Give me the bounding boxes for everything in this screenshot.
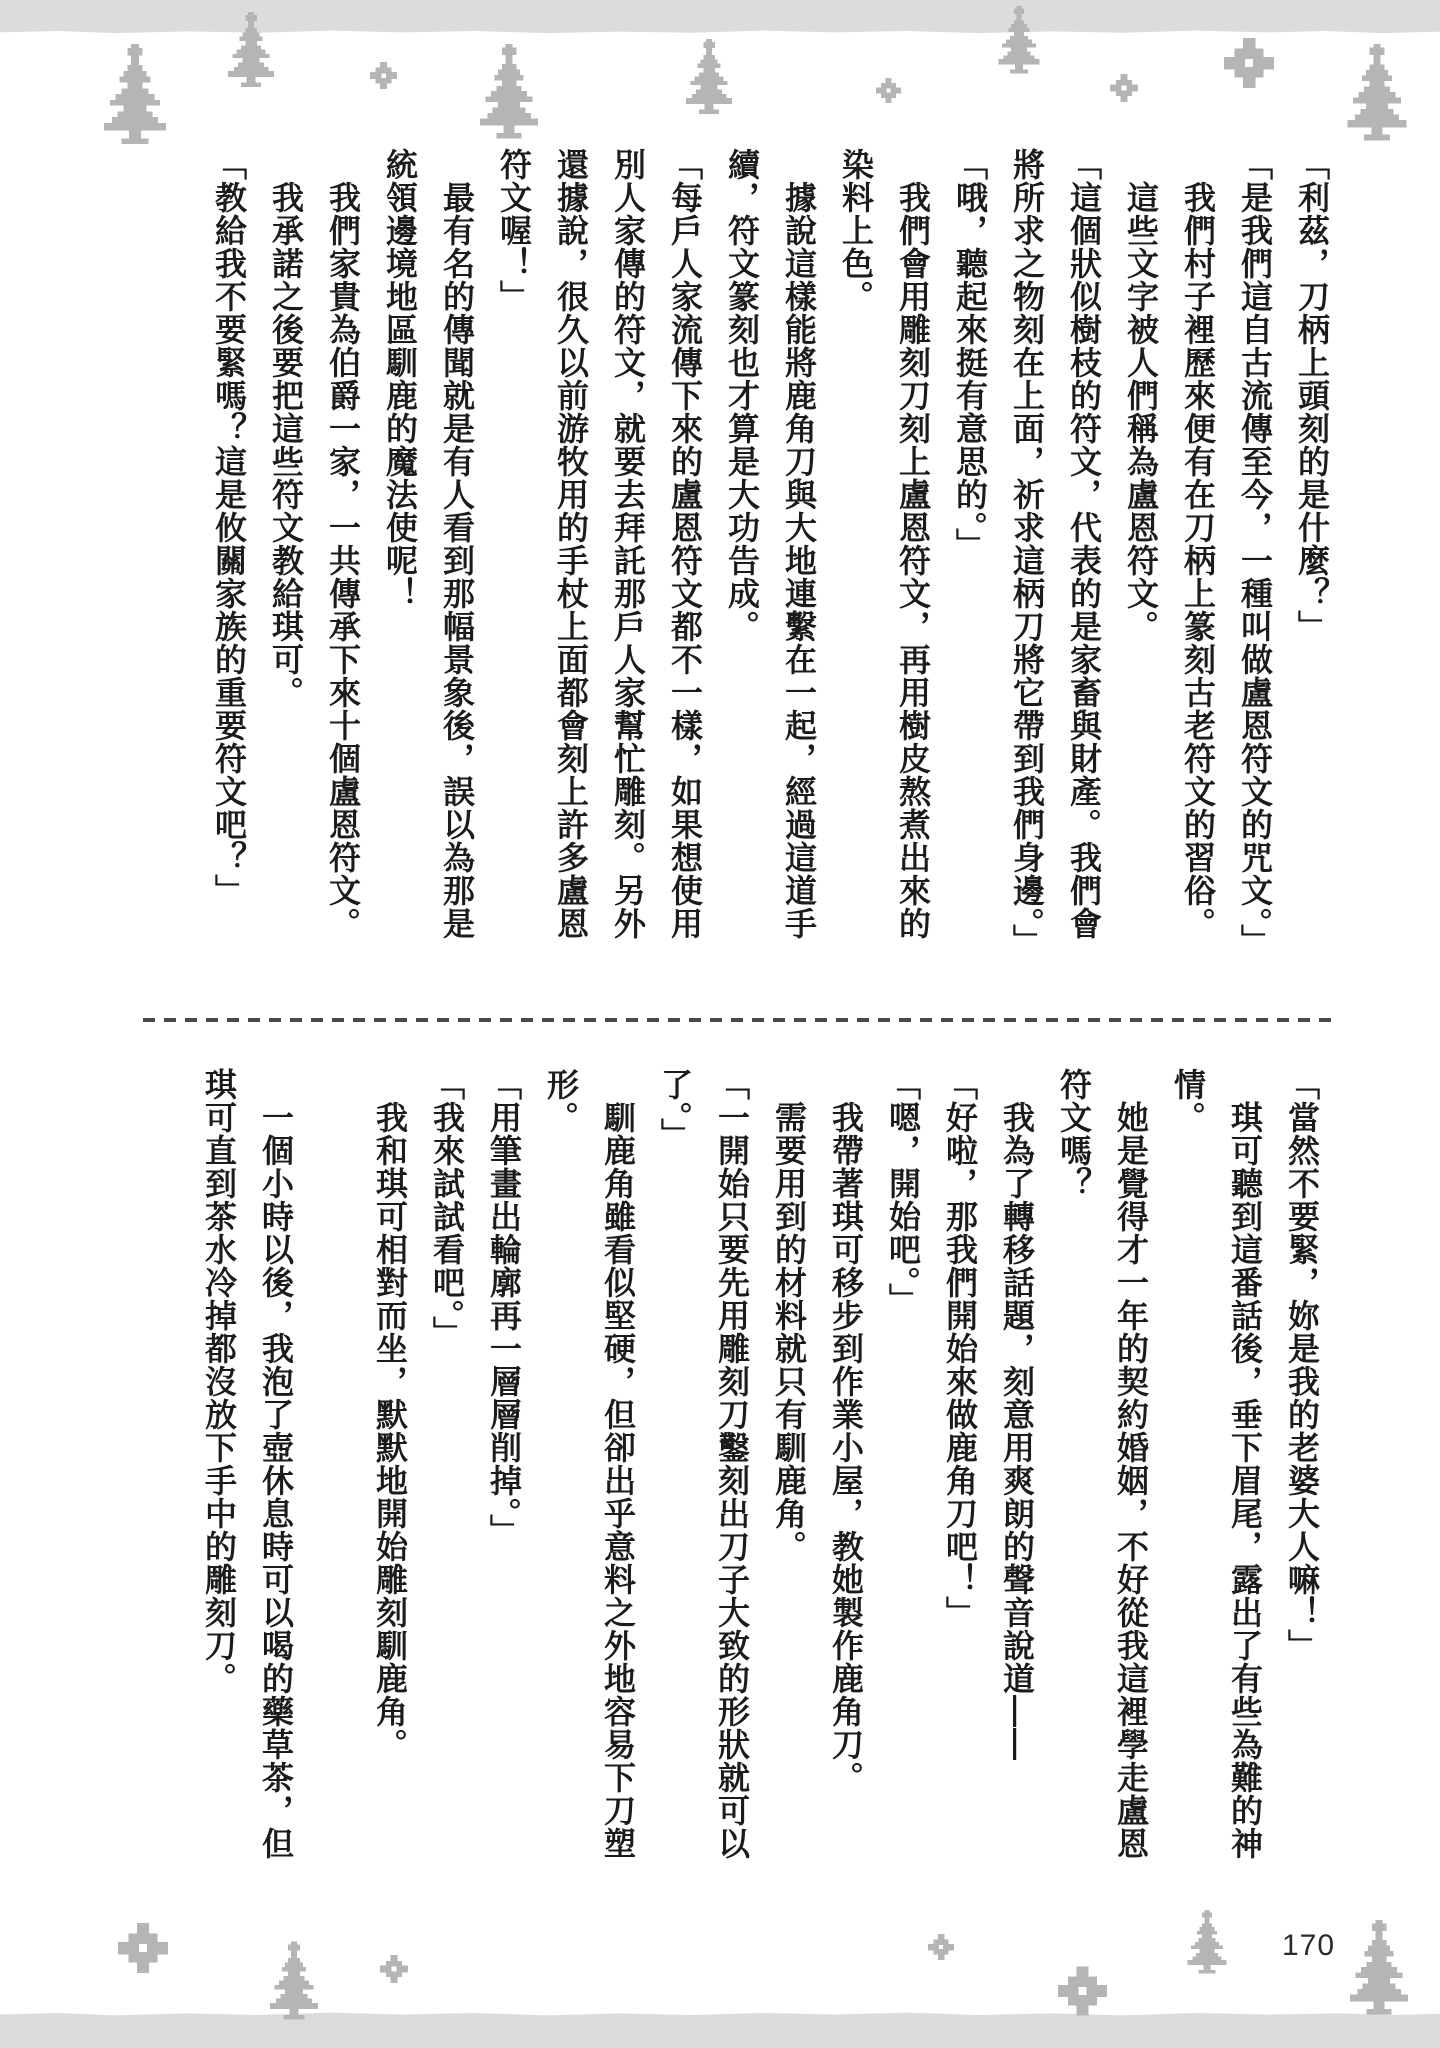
- text-column: 我帶著琪可移步到作業小屋，教她製作鹿角刀。: [817, 1068, 874, 1998]
- text-column: 符文嗎？: [1045, 1068, 1102, 1998]
- text-column: 「嗯，開始吧。」: [874, 1068, 931, 1998]
- text-column: 別人家傳的符文，就要去拜託那戶人家幫忙雕刻。另外: [599, 148, 656, 1018]
- top-text-section: 「利茲，刀柄上頭刻的是什麼？」「是我們這自古流傳至今，一種叫做盧恩符文的咒文。」…: [200, 148, 1340, 1018]
- text-column: 符文喔！」: [485, 148, 542, 1018]
- snowflake-icon: [1110, 74, 1138, 102]
- text-column: 據說這樣能將鹿角刀與大地連繫在一起，經過這道手: [770, 148, 827, 1018]
- text-column: 「我來試試看吧。」: [418, 1068, 475, 1998]
- snowflake-icon: [1224, 38, 1274, 88]
- text-column: [304, 1068, 361, 1998]
- text-column: 琪可聽到這番話後，垂下眉尾，露出了有些為難的神: [1216, 1068, 1273, 1998]
- pixel-tree-icon: [228, 12, 274, 90]
- text-column: 需要用到的材料就只有馴鹿角。: [760, 1068, 817, 1998]
- text-column: 「當然不要緊，妳是我的老婆大人嘛！」: [1273, 1068, 1330, 1998]
- text-column: 最有名的傳聞就是有人看到那幅景象後，誤以為那是: [428, 148, 485, 1018]
- pixel-tree-icon: [1346, 44, 1408, 144]
- text-column: 我和琪可相對而坐，默默地開始雕刻馴鹿角。: [361, 1068, 418, 1998]
- text-column: 這些文字被人們稱為盧恩符文。: [1112, 148, 1169, 1018]
- text-column: 「教給我不要緊嗎？這是攸關家族的重要符文吧？」: [200, 148, 257, 1018]
- pixel-tree-icon: [104, 44, 166, 148]
- text-column: 形。: [532, 1068, 589, 1998]
- text-column: 「用筆畫出輪廓再一層層削掉。」: [475, 1068, 532, 1998]
- text-column: 「好啦，那我們開始來做鹿角刀吧！」: [931, 1068, 988, 1998]
- text-column: 馴鹿角雖看似堅硬，但卻出乎意料之外地容易下刀塑: [589, 1068, 646, 1998]
- torn-paper-band-bottom: [0, 2010, 1440, 2048]
- text-column: 統領邊境地區馴鹿的魔法使呢！: [371, 148, 428, 1018]
- text-column: 「一開始只要先用雕刻刀鑿刻出刀子大致的形狀就可以: [703, 1068, 760, 1998]
- text-column: 她是覺得才一年的契約婚姻，不好從我這裡學走盧恩: [1102, 1068, 1159, 1998]
- text-column: 我們會用雕刻刀刻上盧恩符文，再用樹皮熬煮出來的: [884, 148, 941, 1018]
- page-number: 170: [1282, 1929, 1335, 1963]
- text-column: 「這個狀似樹枝的符文，代表的是家畜與財產。我們會: [1055, 148, 1112, 1018]
- text-column: 我為了轉移話題，刻意用爽朗的聲音說道——: [988, 1068, 1045, 1998]
- text-column: 將所求之物刻在上面，祈求這柄刀將它帶到我們身邊。」: [998, 148, 1055, 1018]
- text-column: 情。: [1159, 1068, 1216, 1998]
- text-column: 還據說，很久以前游牧用的手杖上面都會刻上許多盧恩: [542, 148, 599, 1018]
- pixel-tree-icon: [1350, 1920, 1408, 2018]
- text-column: 「每戶人家流傳下來的盧恩符文都不一樣，如果想使用: [656, 148, 713, 1018]
- bottom-text-section: 「當然不要緊，妳是我的老婆大人嘛！」 琪可聽到這番話後，垂下眉尾，露出了有些為難…: [190, 1068, 1330, 1998]
- pixel-tree-icon: [998, 6, 1040, 76]
- text-column: 續，符文篆刻也才算是大功告成。: [713, 148, 770, 1018]
- pixel-tree-icon: [480, 44, 538, 142]
- snowflake-icon: [370, 62, 397, 89]
- text-column: 了。」: [646, 1068, 703, 1998]
- snowflake-icon: [876, 78, 901, 103]
- section-divider: [143, 1018, 1337, 1022]
- text-column: 「哦，聽起來挺有意思的。」: [941, 148, 998, 1018]
- text-column: 琪可直到茶水冷掉都沒放下手中的雕刻刀。: [190, 1068, 247, 1998]
- text-column: 我們村子裡歷來便有在刀柄上篆刻古老符文的習俗。: [1169, 148, 1226, 1018]
- text-column: 染料上色。: [827, 148, 884, 1018]
- text-column: 一個小時以後，我泡了壺休息時可以喝的藥草茶，但: [247, 1068, 304, 1998]
- text-column: 「是我們這自古流傳至今，一種叫做盧恩符文的咒文。」: [1226, 148, 1283, 1018]
- snowflake-icon: [118, 1922, 168, 1974]
- text-column: 我承諾之後要把這些符文教給琪可。: [257, 148, 314, 1018]
- text-column: 「利茲，刀柄上頭刻的是什麼？」: [1283, 148, 1340, 1018]
- text-column: 我們家貴為伯爵一家，一共傳承下來十個盧恩符文。: [314, 148, 371, 1018]
- pixel-tree-icon: [686, 28, 732, 128]
